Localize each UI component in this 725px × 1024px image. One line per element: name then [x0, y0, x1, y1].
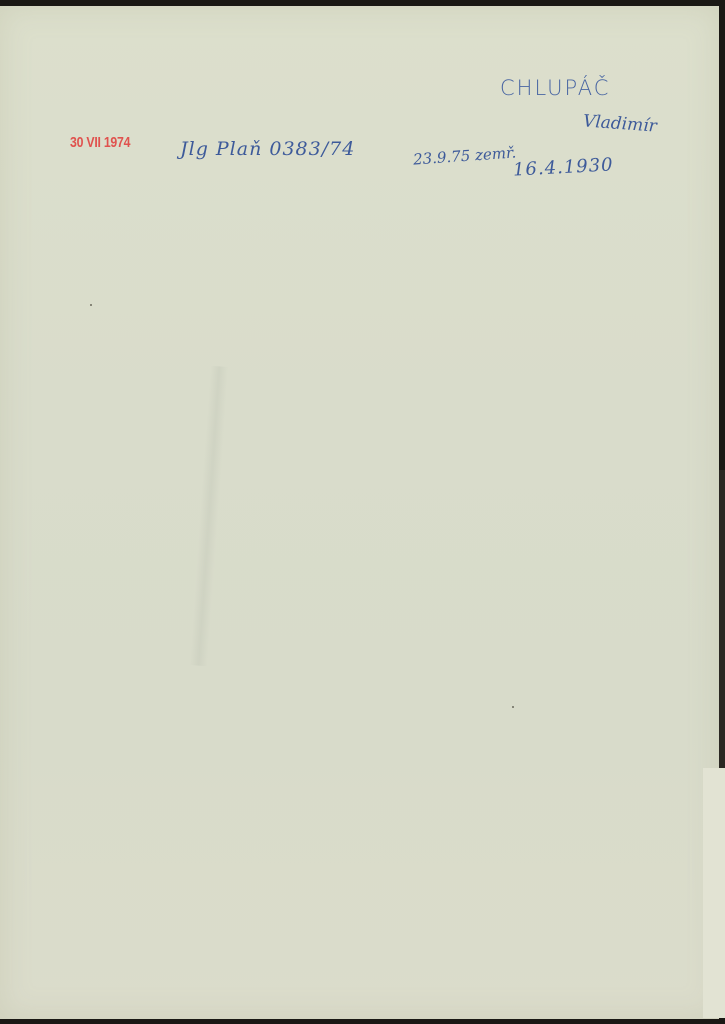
- first-name: Vladimír: [582, 111, 657, 136]
- page-edge-shadow: [719, 470, 725, 770]
- folded-corner: [703, 768, 725, 1018]
- scanned-page: 30 VII 1974 Jlg Plaň 0383/74 CHLUPÁČ Vla…: [0, 0, 725, 1024]
- surname: CHLUPÁČ: [500, 76, 610, 100]
- paper-sheet: 30 VII 1974 Jlg Plaň 0383/74 CHLUPÁČ Vla…: [0, 6, 719, 1019]
- paper-speck: [512, 706, 514, 708]
- death-note: 23.9.75 zemř.: [412, 143, 516, 168]
- date-stamp: 30 VII 1974: [70, 134, 130, 151]
- birth-date: 16.4.1930: [513, 154, 615, 180]
- reference-number: Jlg Plaň 0383/74: [180, 138, 355, 160]
- paper-speck: [90, 304, 92, 306]
